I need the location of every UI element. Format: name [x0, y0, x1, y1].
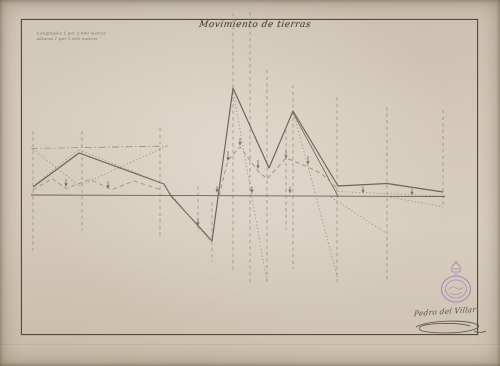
- signature-flourish: [408, 317, 498, 339]
- signature-block: Pedro del Villar: [408, 305, 498, 337]
- crown-stamp-icon: [452, 261, 461, 272]
- ink-stamp: [436, 260, 476, 310]
- stamp-oval: [442, 273, 471, 303]
